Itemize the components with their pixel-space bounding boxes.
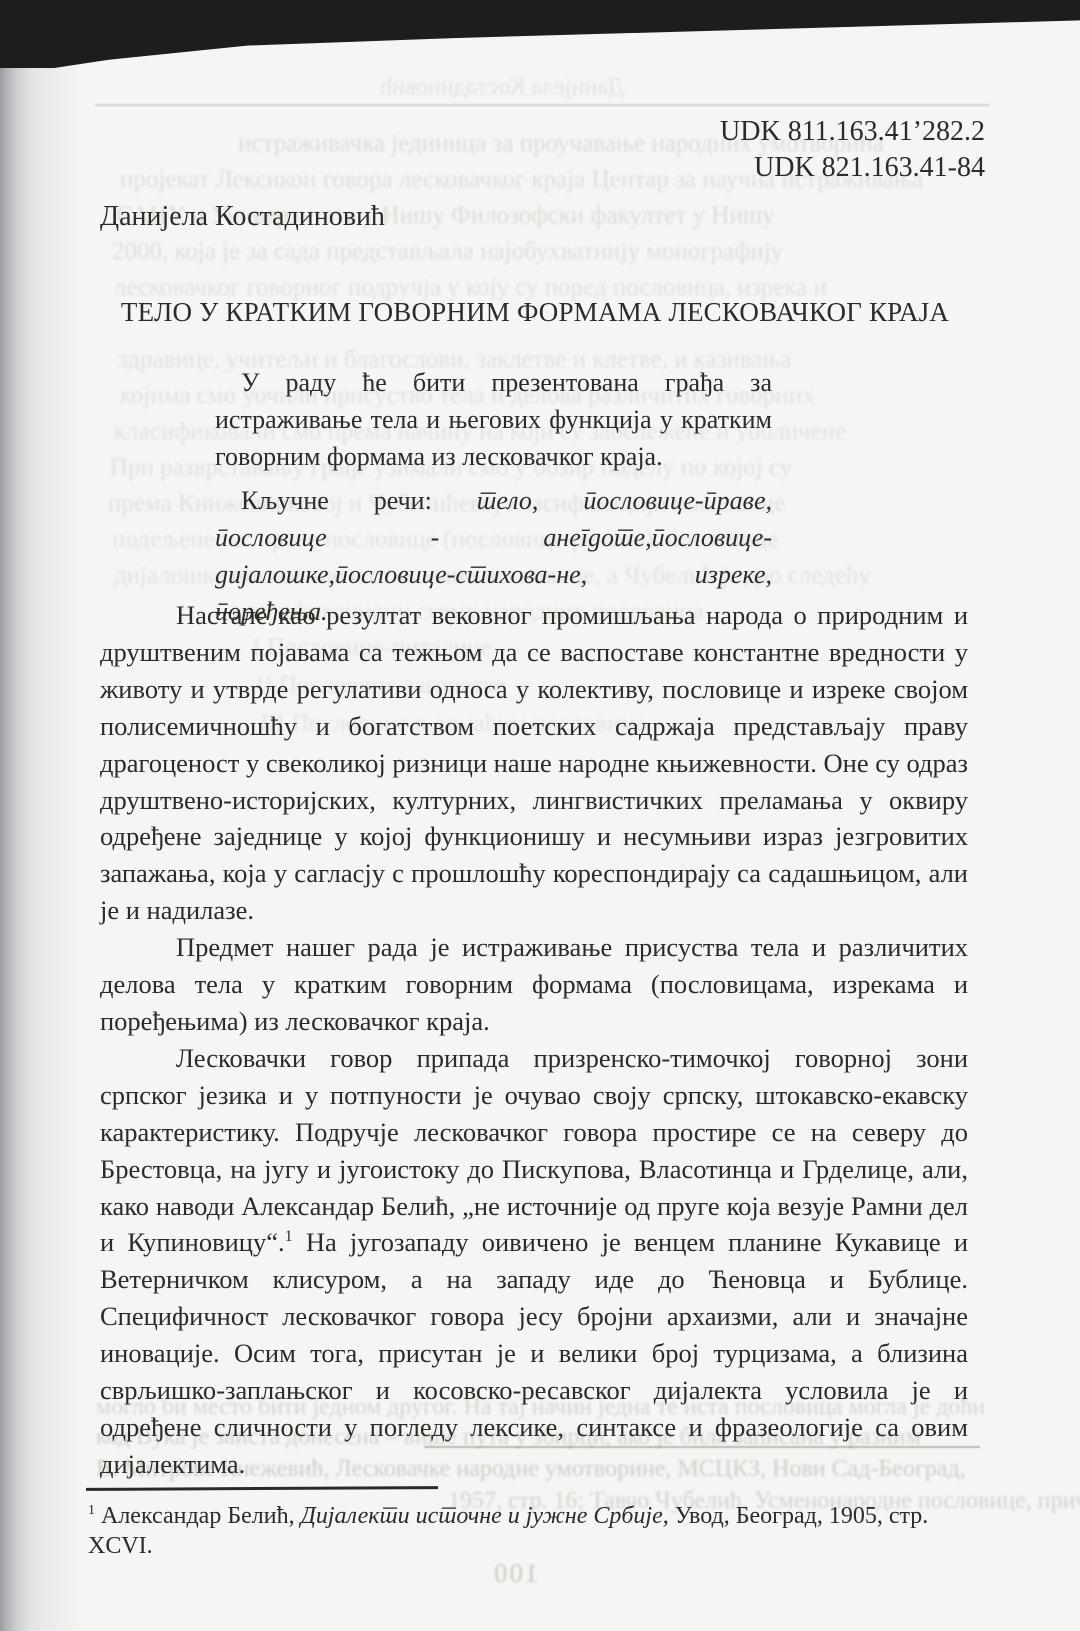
- abstract-text: У раду ће бити презентована грађа за ист…: [215, 364, 772, 475]
- footnote-separator: [86, 1486, 438, 1491]
- article-title: ТЕЛО У КРАТКИМ ГОВОРНИМ ФОРМАМА ЛЕСКОВАЧ…: [85, 297, 985, 328]
- keywords-label: Кључне речи:: [241, 486, 477, 515]
- udk-line-1: UDK 811.163.41’282.2: [720, 114, 985, 150]
- paragraph: Предмет нашег рада је истраживање присус…: [100, 929, 968, 1040]
- udk-classification: UDK 811.163.41’282.2 UDK 821.163.41-84: [720, 114, 985, 186]
- bleedthrough-page-number: 100: [492, 1558, 539, 1589]
- scan-page-curl-edge: [0, 0, 84, 1631]
- footnote-number: 1: [88, 1503, 95, 1518]
- paragraph-text: Лесковачки говор припада призренско-тимо…: [100, 1043, 968, 1258]
- scanned-page: { "page": { "udk_line1": "UDK 811.163.41…: [0, 0, 1080, 1631]
- bleedthrough-header-rule: [95, 104, 990, 106]
- paragraph: Настале као резултат вековног промишљања…: [100, 597, 968, 929]
- bleedthrough-running-header: Данијела Костадиновић: [380, 74, 624, 101]
- paragraph: Лесковачки говор припада призренско-тимо…: [100, 1040, 968, 1483]
- author-name: Данијела Костадиновић: [100, 201, 385, 233]
- udk-line-2: UDK 821.163.41-84: [720, 150, 985, 186]
- footnote-reference: 1: [285, 1229, 293, 1246]
- article-body: Настале као резултат вековног промишљања…: [100, 597, 968, 1483]
- footnote-text: Александар Белић,: [95, 1503, 301, 1529]
- scan-book-spine-bar: [0, 0, 1080, 68]
- bleedthrough-text: 2000, која је за сада представљала најоб…: [112, 238, 783, 266]
- footnote: 1 Александар Белић, Дијалекти источне и …: [88, 1501, 976, 1561]
- footnote-book-title: Дијалекти источне и јужне Србије: [301, 1503, 663, 1529]
- paragraph-text: На југозападу оивичено је венцем планине…: [100, 1227, 968, 1478]
